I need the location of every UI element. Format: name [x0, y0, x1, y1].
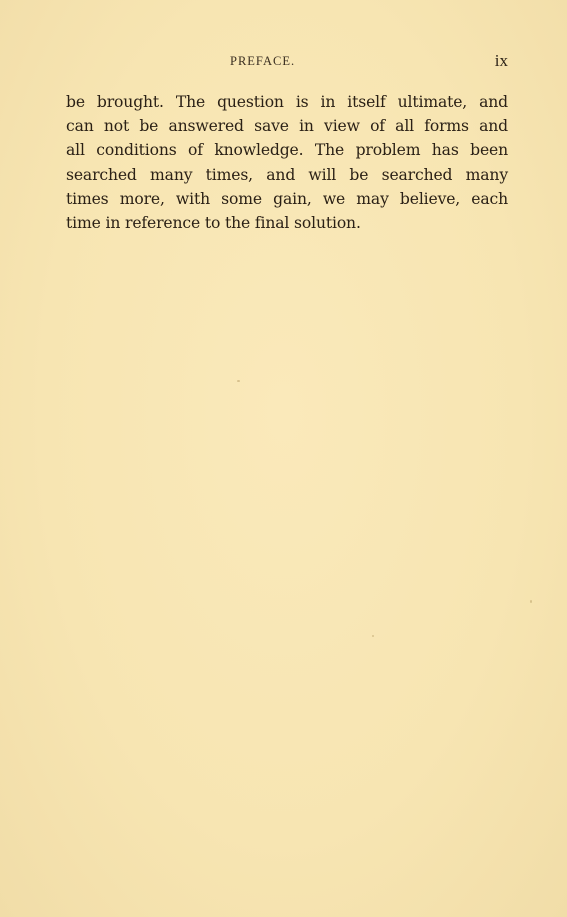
- book-page: PREFACE. ix be brought. The question is …: [0, 0, 567, 917]
- text-line: time in reference to the final solution.: [66, 211, 508, 235]
- page-number: ix: [495, 51, 508, 71]
- text-line: all conditions of knowledge. The problem…: [66, 138, 508, 162]
- paper-speck: [530, 600, 532, 603]
- running-head-title: PREFACE.: [230, 54, 295, 69]
- body-paragraph: be brought. The question is in itself ul…: [66, 90, 508, 235]
- text-line: searched many times, and will be searche…: [66, 163, 508, 187]
- text-line: times more, with some gain, we may belie…: [66, 187, 508, 211]
- running-head: PREFACE. ix: [66, 54, 508, 74]
- text-line: can not be answered save in view of all …: [66, 114, 508, 138]
- paper-speck: [372, 635, 374, 637]
- paper-speck: [237, 380, 240, 382]
- text-line: be brought. The question is in itself ul…: [66, 90, 508, 114]
